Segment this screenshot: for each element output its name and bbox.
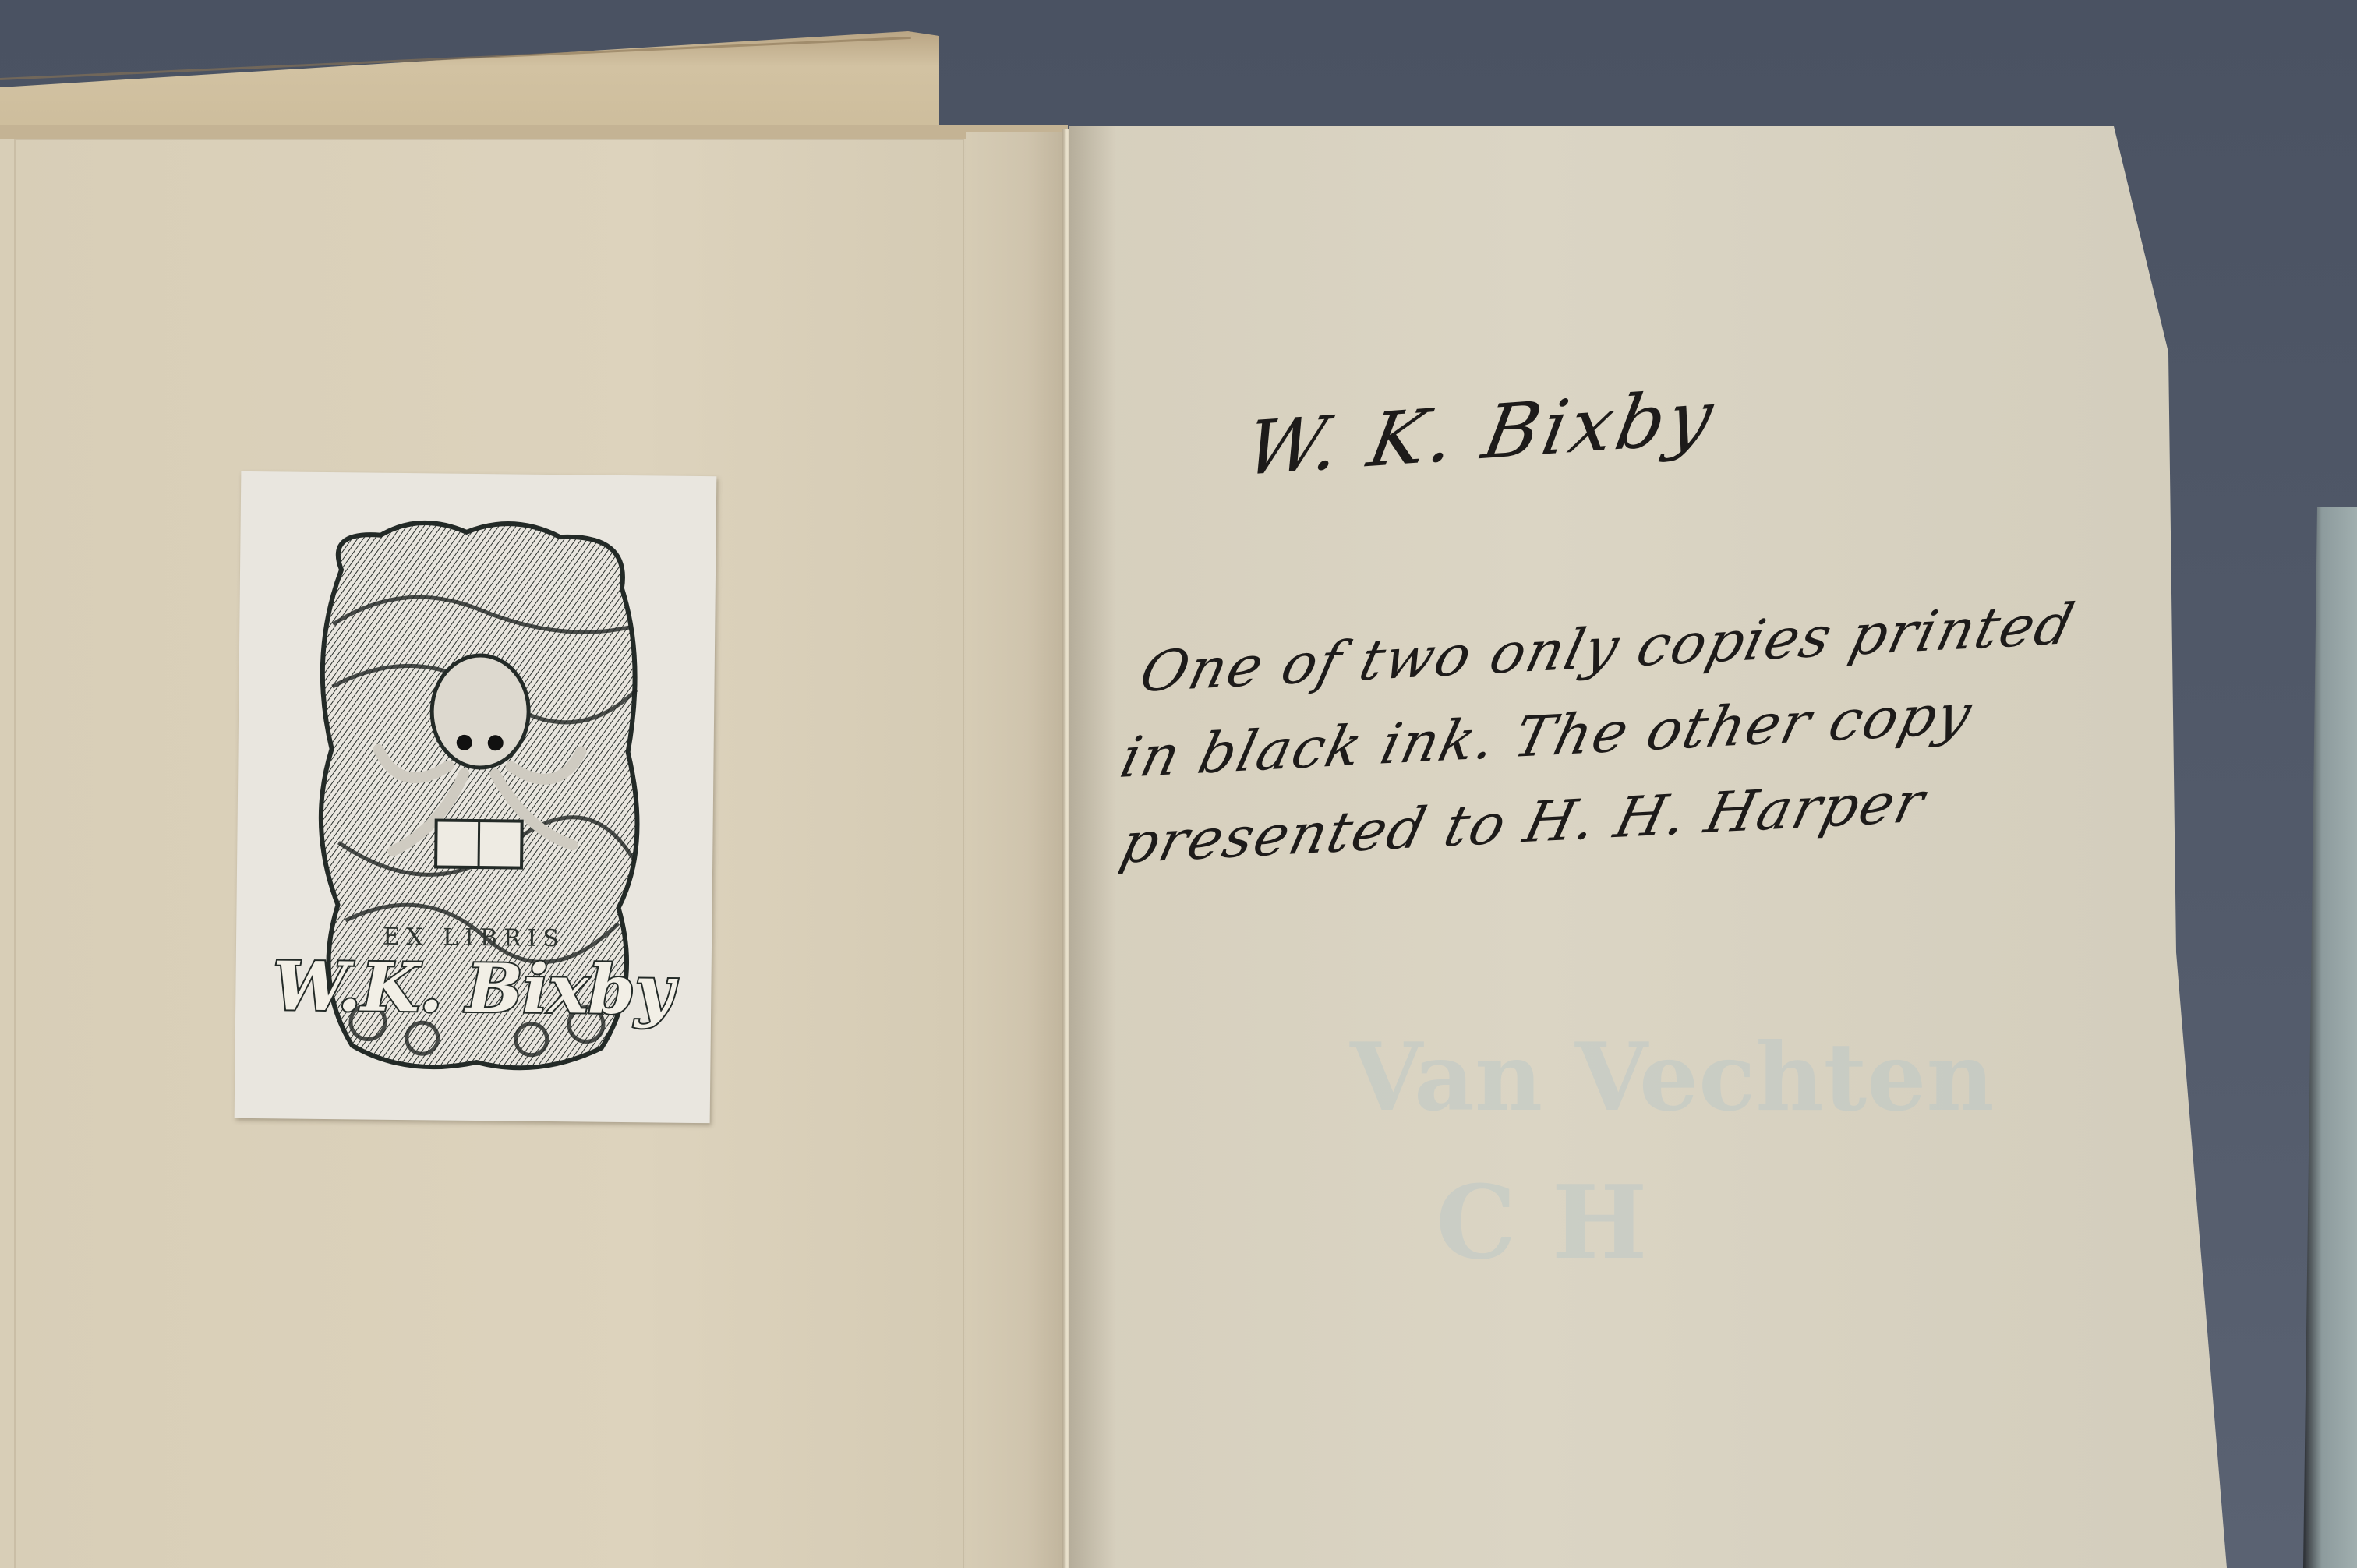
left-gutter — [966, 132, 1068, 1568]
bookplate: EX LIBRIS W.K. Bixby — [235, 471, 717, 1123]
gutter-shadow — [1069, 126, 1116, 1568]
left-board-top-edge — [0, 125, 1068, 139]
bleed-through-text: C H — [1436, 1163, 1648, 1282]
bleed-through-text: Van Vechten — [1350, 1022, 1995, 1132]
bookplate-owner-name: W.K. Bixby — [235, 947, 712, 1030]
